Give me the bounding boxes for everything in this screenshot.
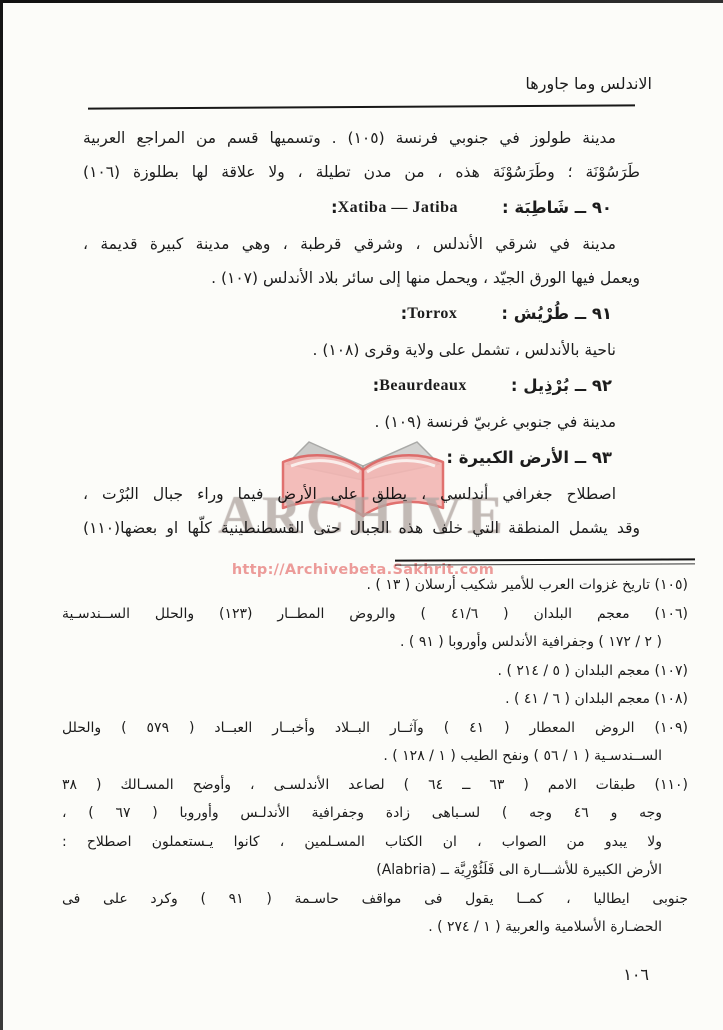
footnote-line: الأرض الكبيرة للأشـــارة الى فَلَئُوْرِي… [62, 856, 688, 885]
text-line: مدينة في جنوبي غربيّ فرنسة (١٠٩) . [83, 405, 640, 439]
footnote-line: (١٠٧) معجم البلدان ( ٥ / ٢١٤ ) . [62, 657, 688, 686]
footnote-number: (١٠٥) [655, 577, 689, 593]
text-line: ويعمل فيها الورق الجيّد ، ويحمل منها إلى… [83, 261, 640, 295]
footnote: (١٠٩) الروض المعطار ( ٤١ ) وآثــار البــ… [62, 714, 688, 771]
footnote-line: (١٠٥) تاريخ غزوات العرب للأمير شكيب أرسل… [62, 571, 688, 600]
footnote-number: (١٠٩) [655, 720, 689, 736]
footnote: (١٠٨) معجم البلدان ( ٦ / ٤١ ) . [62, 685, 688, 714]
footnote-number: (١٠٧) [655, 663, 689, 679]
footnote-number: (١٠٦) [655, 606, 689, 622]
footnote-line: الحضـارة الأسلامية والعربية ( ١ / ٢٧٤ ) … [62, 913, 688, 942]
footnote-text: طبقات الامم ( ٦٣ ــ ٦٤ ) لصاعد الأندلسـى… [62, 777, 636, 793]
header-rule [88, 104, 635, 109]
entry-heading-arabic: ٩٣ ــ الأرض الكبيرة : [446, 441, 612, 475]
footnote-separator [395, 558, 695, 565]
page-header: الاندلس وما جاورها [0, 0, 723, 93]
entry-heading: ٩٣ ــ الأرض الكبيرة : [83, 444, 612, 472]
entry-heading-latin: Torrox [407, 297, 457, 331]
page-number: ١٠٦ [623, 965, 649, 984]
footnote-line: (١٠٦) معجم البلدان ( ٤١/٦ ) والروض المطـ… [62, 600, 688, 629]
paragraph: مدينة في جنوبي غربيّ فرنسة (١٠٩) . [83, 405, 640, 439]
entry-heading-latin: Beaurdeaux [379, 369, 467, 403]
entry-heading: ٩١ ــ طُرْيُش :Torrox : [83, 300, 612, 328]
footnotes: (١٠٥) تاريخ غزوات العرب للأمير شكيب أرسل… [62, 571, 688, 942]
text-line: طَرَسُوْنَة ؛ وطَرَسُوْنَة هذه ، من مدن … [83, 155, 640, 189]
entry-heading: ٩٠ ــ شَاطِبَة :Xatiba — Jatiba : [83, 194, 612, 222]
text-line: مدينة في شرقي الأندلس ، وشرقي قرطبة ، وه… [83, 227, 640, 261]
footnote-line: (١٠٨) معجم البلدان ( ٦ / ٤١ ) . [62, 685, 688, 714]
running-title: الاندلس وما جاورها [525, 74, 652, 93]
footnote-line: وجه و ٤٦ وجه ) لسـباهى زادة وجفرافية الأ… [62, 799, 688, 828]
footnote-text: معجم البلدان ( ٤١/٦ ) والروض المطــار (١… [62, 606, 630, 622]
paragraph: مدينة في شرقي الأندلس ، وشرقي قرطبة ، وه… [83, 227, 640, 295]
paragraph: مدينة طولوز في جنوبي فرنسة (١٠٥) . وتسمي… [83, 121, 640, 189]
footnote-line: الســندسـية ( ١ / ٥٦ ) ونفح الطيب ( ١ / … [62, 742, 688, 771]
paragraph: اصطلاح جغرافي أندلسي ، يطلق على الأرض في… [83, 477, 640, 545]
text-line: مدينة طولوز في جنوبي فرنسة (١٠٥) . وتسمي… [83, 121, 640, 155]
footnote-line: ( ٢ / ١٧٢ ) وجفرافية الأندلس وأوروبا ( ٩… [62, 628, 688, 657]
heading-colon: : [373, 369, 380, 403]
footnote-text: تاريخ غزوات العرب للأمير شكيب أرسلان ( ١… [367, 577, 651, 593]
footnote-line: ولا يبدو من الصواب ، ان الكتاب المسـلمين… [62, 828, 688, 857]
text-line: وقد يشمل المنطقة التي خلف هذه الجبال حتى… [83, 511, 640, 545]
footnote: (١٠٥) تاريخ غزوات العرب للأمير شكيب أرسل… [62, 571, 688, 600]
footnote-line: (١١٠) طبقات الامم ( ٦٣ ــ ٦٤ ) لصاعد الأ… [62, 771, 688, 800]
footnote-number: (١٠٨) [655, 691, 689, 707]
footnote-text: معجم البلدان ( ٦ / ٤١ ) . [505, 691, 650, 707]
footnote: (١١٠) طبقات الامم ( ٦٣ ــ ٦٤ ) لصاعد الأ… [62, 771, 688, 942]
entry-heading-arabic: ٩١ ــ طُرْيُش : [501, 297, 612, 331]
scan-edge-top [0, 0, 723, 3]
entry-heading-arabic: ٩٠ ــ شَاطِبَة : [502, 191, 612, 225]
footnote-number: (١١٠) [655, 777, 689, 793]
text-line: ناحية بالأندلس ، تشمل على ولاية وقرى (١٠… [83, 333, 640, 367]
footnote: (١٠٧) معجم البلدان ( ٥ / ٢١٤ ) . [62, 657, 688, 686]
footnote-line: (١٠٩) الروض المعطار ( ٤١ ) وآثــار البــ… [62, 714, 688, 743]
heading-colon: : [401, 297, 408, 331]
heading-colon: : [331, 191, 338, 225]
book-page: الاندلس وما جاورها مدينة طولوز في جنوبي … [0, 0, 723, 1030]
footnote-text: معجم البلدان ( ٥ / ٢١٤ ) . [498, 663, 651, 679]
footnote-text: الروض المعطار ( ٤١ ) وآثــار البــلاد وأ… [62, 720, 635, 736]
footnote-line: جنوبى ايطاليا ، كمــا يقول فى مواقف حاسـ… [62, 885, 688, 914]
text-line: اصطلاح جغرافي أندلسي ، يطلق على الأرض في… [83, 477, 640, 511]
footnote: (١٠٦) معجم البلدان ( ٤١/٦ ) والروض المطـ… [62, 600, 688, 657]
scan-edge-left [0, 0, 3, 1030]
entry-heading-latin: Xatiba — Jatiba [338, 191, 458, 225]
entry-heading-arabic: ٩٢ ــ بُرْذِيل : [511, 369, 612, 403]
body-text: مدينة طولوز في جنوبي فرنسة (١٠٥) . وتسمي… [83, 121, 640, 545]
entry-heading: ٩٢ ــ بُرْذِيل :Beaurdeaux : [83, 372, 612, 400]
paragraph: ناحية بالأندلس ، تشمل على ولاية وقرى (١٠… [83, 333, 640, 367]
